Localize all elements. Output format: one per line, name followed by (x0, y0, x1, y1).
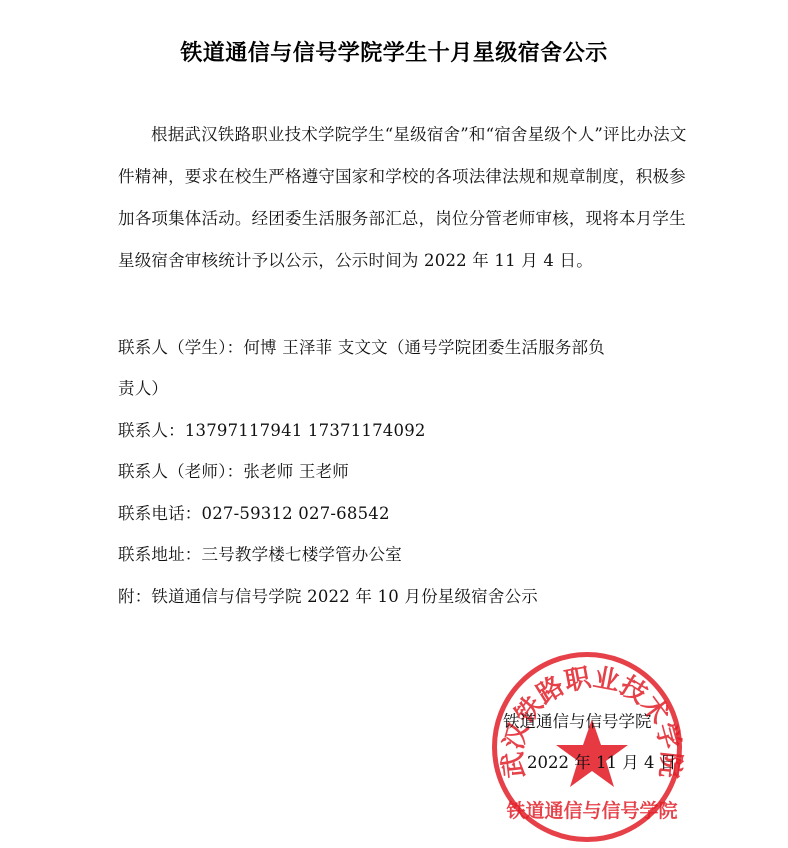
signature-org: 铁道通信与信号学院 (503, 708, 652, 732)
student-contacts-line-2: 责人） (118, 375, 168, 399)
official-seal: 武汉铁路职业技术学院 铁道通信与信号学院 (492, 652, 682, 842)
attachment-note: 附：铁道通信与信号学院 2022 年 10 月份星级宿舍公示 (118, 583, 538, 607)
office-phone: 联系电话：027-59312 027-68542 (118, 500, 390, 524)
intro-paragraph: 根据武汉铁路职业技术学院学生“星级宿舍”和“宿舍星级个人”评比办法文件精神，要求… (118, 114, 698, 282)
contact-phones: 联系人：13797117941 17371174092 (118, 417, 426, 441)
contact-address: 联系地址：三号教学楼七楼学管办公室 (118, 541, 402, 565)
seal-bottom-text: 铁道通信与信号学院 (505, 799, 677, 822)
signature-date: 2022 年 11 月 4 日 (527, 749, 676, 773)
teacher-contacts: 联系人（老师）：张老师 王老师 (118, 458, 349, 482)
page-title: 铁道通信与信号学院学生十月星级宿舍公示 (0, 36, 788, 67)
student-contacts-line-1: 联系人（学生）：何博 王泽菲 支文文（通号学院团委生活服务部负 (118, 334, 605, 358)
